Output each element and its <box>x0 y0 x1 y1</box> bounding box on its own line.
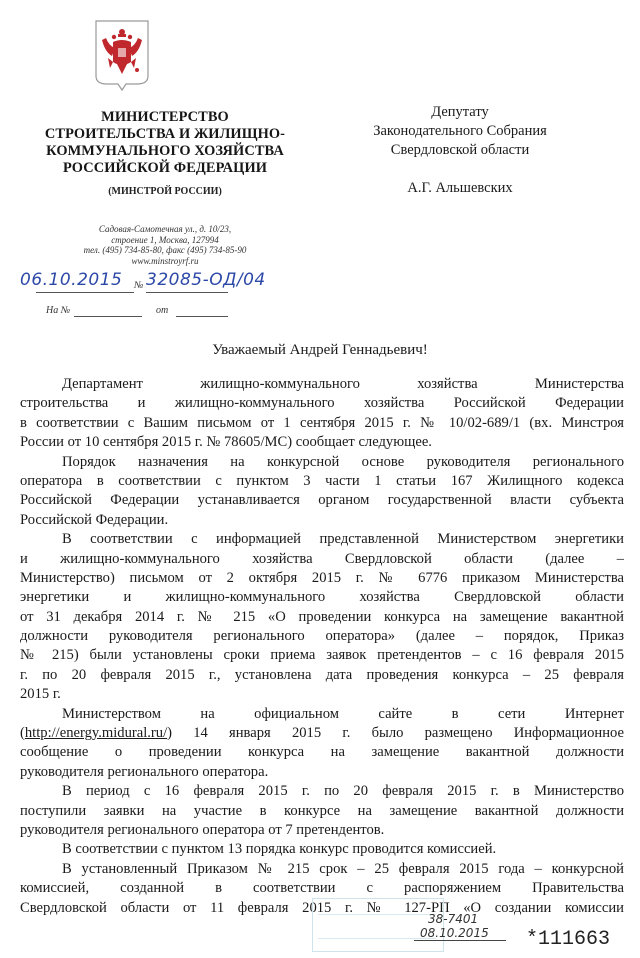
outgoing-number-underline <box>146 292 228 293</box>
stamp-rule <box>318 938 436 939</box>
registration-number: 38-7401 <box>428 912 478 926</box>
addressee-line: Свердловской области <box>340 141 580 160</box>
body-line: сообщение о проведении конкурса на замещ… <box>20 743 624 762</box>
address-line: строение 1, Москва, 127994 <box>20 235 310 246</box>
salutation: Уважаемый Андрей Геннадьевич! <box>0 342 640 359</box>
body-line: Российской Федерации устанавливается орг… <box>20 491 624 510</box>
body-line: поступили заявки на участие в конкурсе н… <box>20 802 624 821</box>
body-line: и жилищно-коммунального хозяйства Свердл… <box>20 550 624 569</box>
reference-date-underline <box>176 316 228 317</box>
reference-number-underline <box>74 316 142 317</box>
outgoing-date-underline <box>36 292 134 293</box>
body-line: В соответствии с информацией представлен… <box>20 530 624 549</box>
addressee-line: Законодательного Собрания <box>340 122 580 141</box>
addressee-block: Депутату Законодательного Собрания Сверд… <box>340 103 580 160</box>
body-line: в соответствии с Вашим письмом от 1 сент… <box>20 414 624 433</box>
stamp-rule <box>318 914 436 915</box>
registration-underline <box>414 940 506 941</box>
reference-number-label: На № <box>46 305 70 316</box>
body-line: 2015 г. <box>20 685 624 704</box>
outgoing-date: 06.10.2015 <box>20 270 122 290</box>
reference-date-label: от <box>156 305 168 316</box>
ministry-name-line: СТРОИТЕЛЬСТВА И ЖИЛИЩНО- <box>20 126 310 143</box>
body-line: от 31 декабря 2014 г. № 215 «О проведени… <box>20 608 624 627</box>
registration-stamp <box>312 898 444 952</box>
coat-of-arms-icon <box>93 18 151 94</box>
outgoing-number-label: № <box>134 280 143 291</box>
website-line: www.minstroyrf.ru <box>20 256 310 267</box>
letter-body: Департамент жилищно-коммунального хозяйс… <box>20 375 624 918</box>
body-line: комиссией, созданной в соответствии с ра… <box>20 879 624 898</box>
address-line: Садовая-Самотечная ул., д. 10/23, <box>20 224 310 235</box>
body-line: руководителя регионального оператора. <box>20 763 624 782</box>
serial-number: *111663 <box>526 928 610 951</box>
body-line: Порядок назначения на конкурсной основе … <box>20 453 624 472</box>
body-line: Департамент жилищно-коммунального хозяйс… <box>20 375 624 394</box>
body-line: энергетики и жилищно-коммунального хозяй… <box>20 588 624 607</box>
body-line: Российской Федерации. <box>20 511 624 530</box>
ministry-address: Садовая-Самотечная ул., д. 10/23, строен… <box>20 224 310 266</box>
registration-date: 08.10.2015 <box>420 926 489 940</box>
body-line: В соответствии с пунктом 13 порядка конк… <box>20 840 624 859</box>
ministry-name-line: КОММУНАЛЬНОГО ХОЗЯЙСТВА <box>20 143 310 160</box>
body-line: строительства и жилищно-коммунального хо… <box>20 394 624 413</box>
addressee-name: А.Г. Альшевских <box>340 180 580 197</box>
body-line: должности руководителя регионального опе… <box>20 627 624 646</box>
body-line-with-link: (http://energy.midural.ru/) 14 января 20… <box>20 724 624 743</box>
ministry-name-line: РОССИЙСКОЙ ФЕДЕРАЦИИ <box>20 160 310 177</box>
body-line: № 215) были установлены сроки приема зая… <box>20 646 624 665</box>
body-line: Министерством на официальном сайте в сет… <box>20 705 624 724</box>
ministry-name: МИНИСТЕРСТВО СТРОИТЕЛЬСТВА И ЖИЛИЩНО- КО… <box>20 109 310 177</box>
outgoing-number: 32085-ОД/04 <box>146 270 266 290</box>
address-line: тел. (495) 734-85-80, факс (495) 734-85-… <box>20 245 310 256</box>
ministry-name-line: МИНИСТЕРСТВО <box>20 109 310 126</box>
ministry-short-name: (МИНСТРОЙ РОССИИ) <box>20 186 310 197</box>
body-line: г. по 20 февраля 2015 г., установлена да… <box>20 666 624 685</box>
body-line: В установленный Приказом № 215 срок – 25… <box>20 860 624 879</box>
body-line: оператора в соответствии с пунктом 3 час… <box>20 472 624 491</box>
body-line: В период с 16 февраля 2015 г. по 20 февр… <box>20 782 624 801</box>
body-line: России от 10 сентября 2015 г. № 78605/МС… <box>20 433 624 452</box>
body-line: руководителя регионального оператора от … <box>20 821 624 840</box>
body-line: Министерство) письмом от 2 октября 2015 … <box>20 569 624 588</box>
energy-midural-link[interactable]: http://energy.midural.ru/ <box>25 725 167 741</box>
addressee-line: Депутату <box>340 103 580 122</box>
